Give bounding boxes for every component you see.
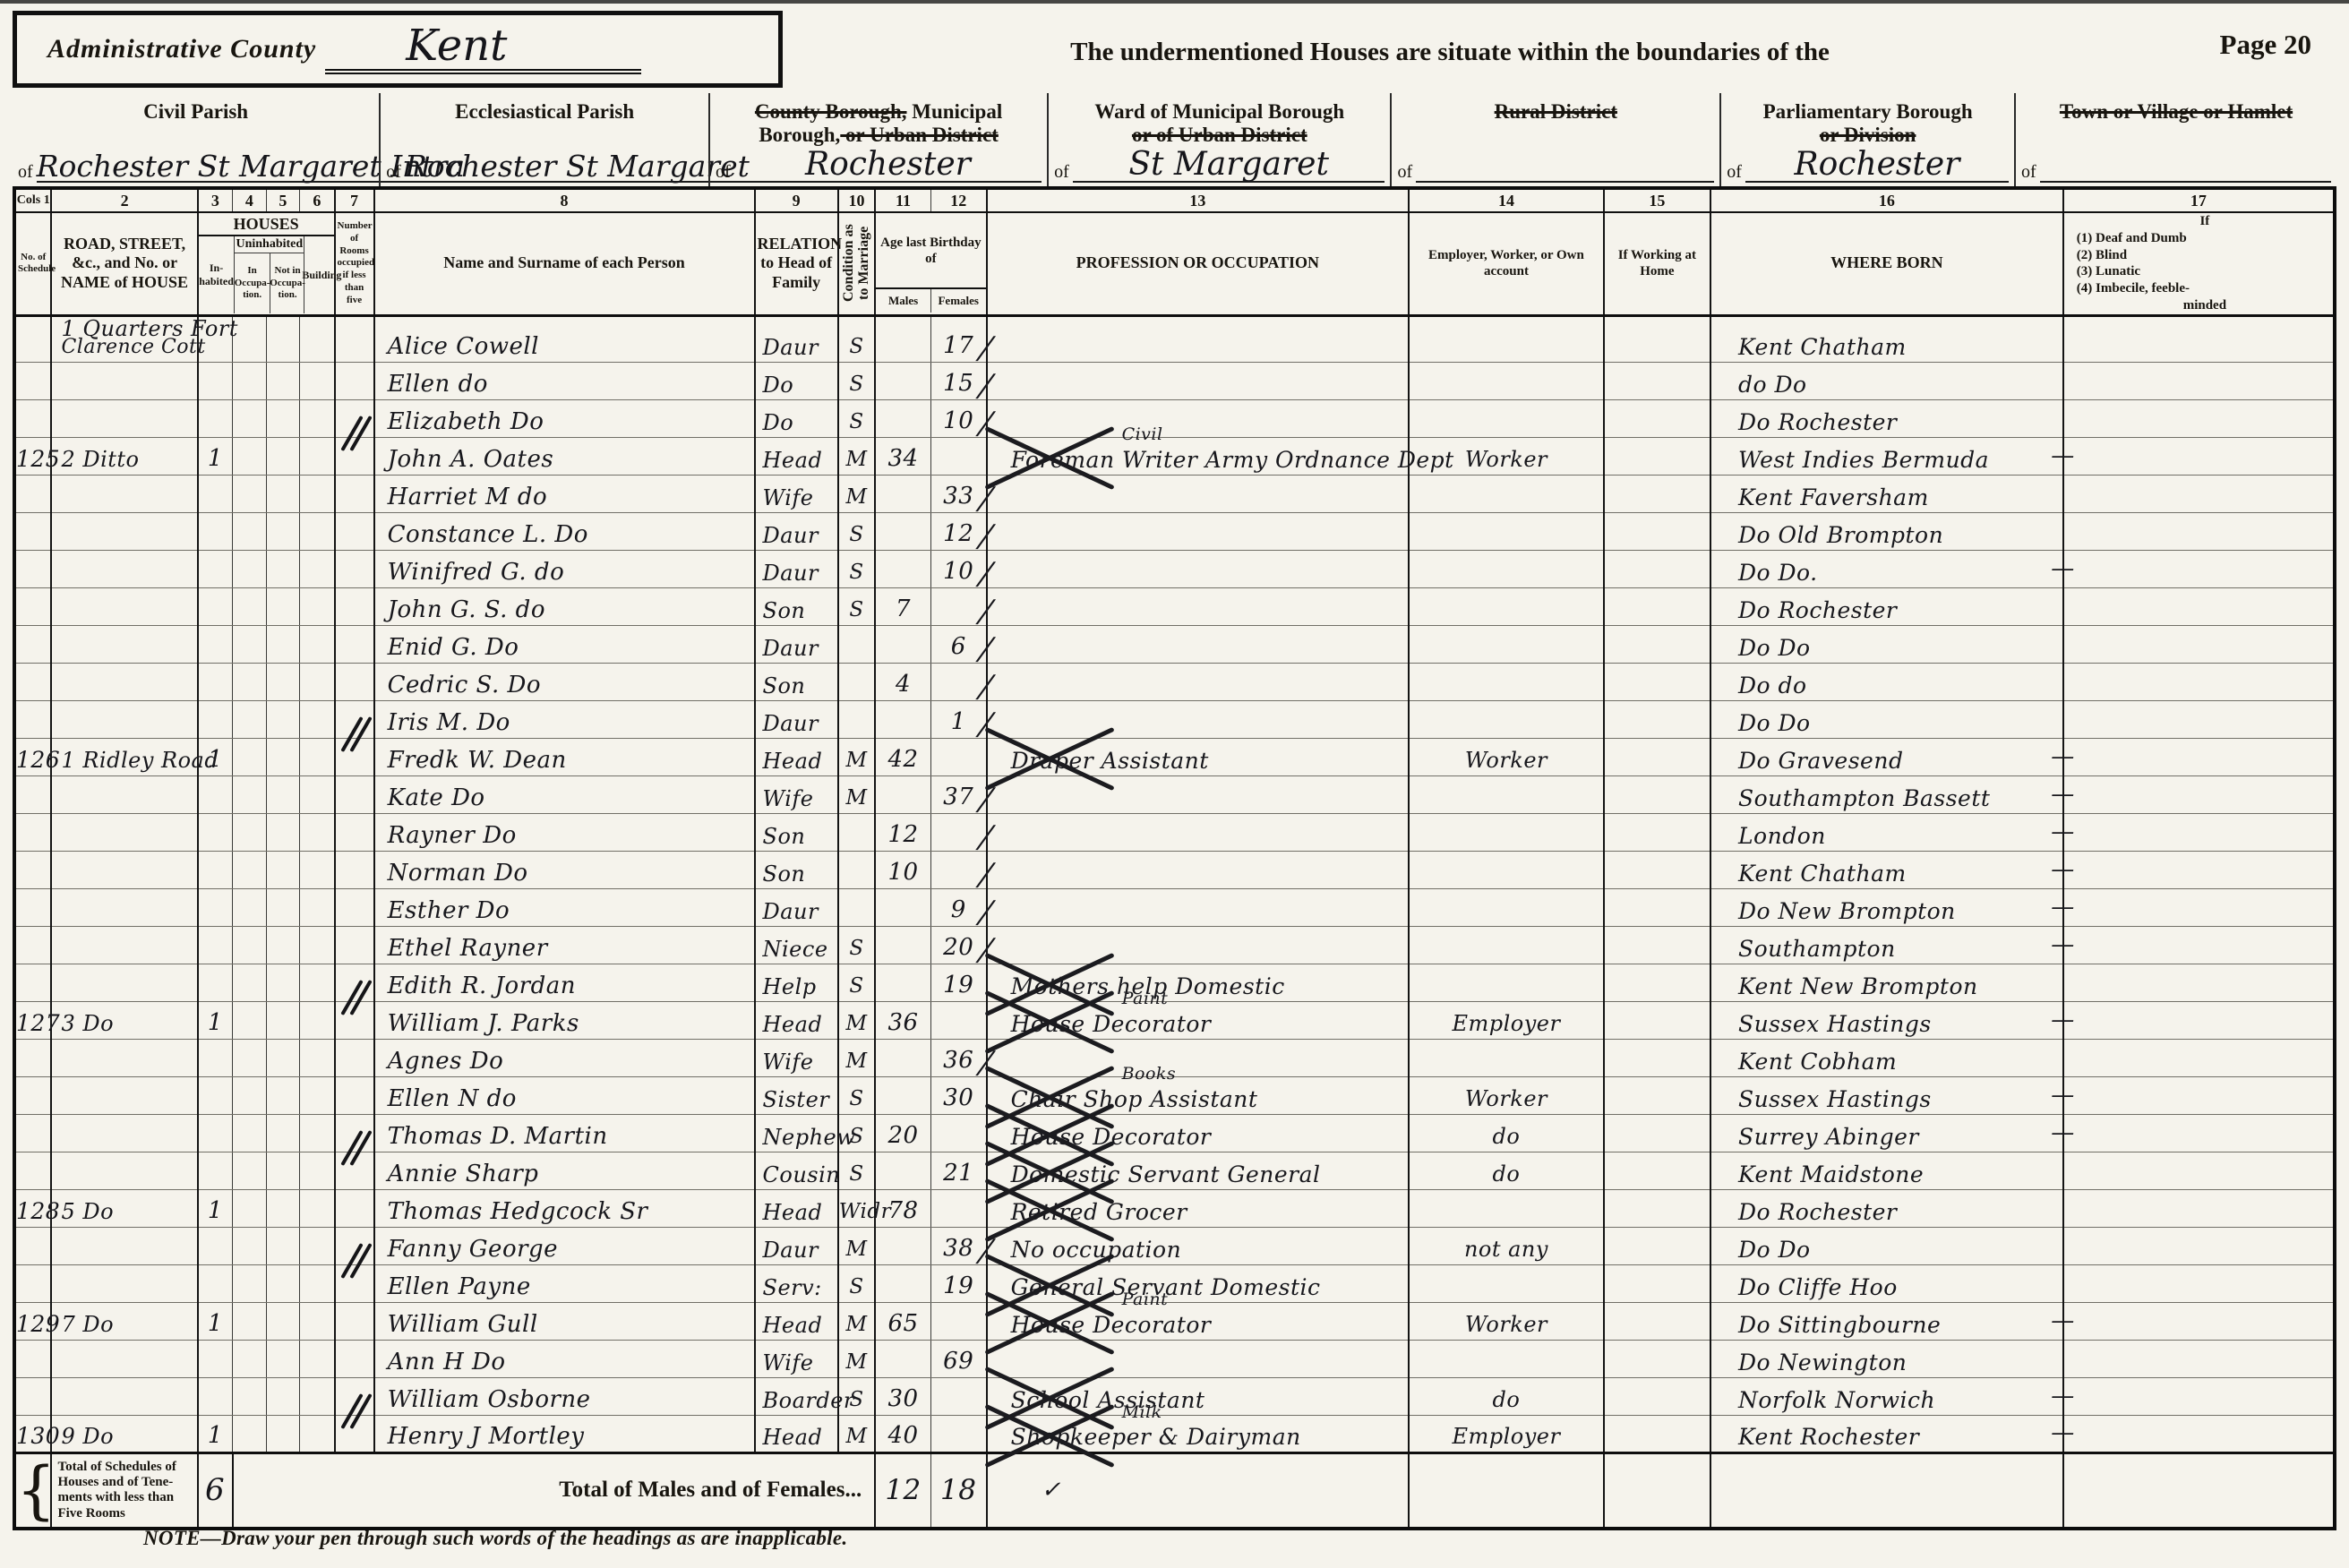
footnote: NOTE—Draw your pen through such words of… (143, 1527, 847, 1550)
where-born-cell: Do Do— (1710, 626, 2063, 664)
uninhabited-not-in-occupation-cell (266, 438, 300, 476)
working-at-home-cell (1604, 1040, 1710, 1077)
condition-cell: S (838, 1265, 875, 1303)
condition-cell (838, 664, 875, 701)
working-at-home-cell (1604, 1303, 1710, 1341)
census-record-row: 127 3 Do 1 William J. Parks Head M 36 /P… (14, 1002, 2335, 1040)
address-cell (51, 400, 197, 438)
census-record-row: Enid G. Do Daur 6 / Do Do— (14, 626, 2335, 664)
infirmity-cell (2063, 701, 2335, 739)
totals-schedules-value: 6 (198, 1453, 233, 1529)
building-cell (300, 1265, 335, 1303)
infirmity-cell (2063, 1416, 2335, 1453)
condition-cell: M (838, 1040, 875, 1077)
employer-cell (1409, 315, 1604, 363)
infirmity-cell (2063, 852, 2335, 889)
relation-cell: Niece (755, 927, 838, 964)
where-born-cell: London— (1710, 814, 2063, 852)
employer-cell (1409, 476, 1604, 513)
occupation-annotation: Civil (1122, 426, 1163, 443)
schedule-number: 125 (14, 438, 51, 476)
uninhabited-not-in-occupation-cell (266, 776, 300, 814)
relation-cell: Head (755, 438, 838, 476)
inhabited-cell (198, 701, 233, 739)
inhabited-cell: 1 (198, 1002, 233, 1040)
person-name-cell: Agnes Do (374, 1040, 755, 1077)
age-male-cell: 10 (875, 852, 930, 889)
building-cell (300, 701, 335, 739)
uninhabited-not-in-occupation-cell (266, 513, 300, 551)
occupation-cell: /CivilForeman Writer Army Ordnance Dept (987, 438, 1410, 476)
infirmity-cell (2063, 1002, 2335, 1040)
col-num-14: 14 (1409, 188, 1604, 212)
where-born-cell: Kent Faversham— (1710, 476, 2063, 513)
rooms-cell (335, 1303, 374, 1341)
person-name-cell: John A. Oates (374, 438, 755, 476)
infirmity-cell (2063, 1190, 2335, 1228)
uninhabited-not-in-occupation-cell (266, 551, 300, 588)
rooms-cell (335, 513, 374, 551)
building-cell (300, 1077, 335, 1115)
ecclesiastical-parish-section: Ecclesiastical Parish of Rochester St Ma… (379, 93, 708, 186)
rooms-cell (335, 1002, 374, 1040)
address-cell: 9 Do (51, 1416, 197, 1453)
employer-cell (1409, 1190, 1604, 1228)
uninhabited-in-occupation-cell (233, 626, 267, 664)
uninhabited-not-in-occupation-cell (266, 1265, 300, 1303)
age-male-cell: 65 (875, 1303, 930, 1341)
person-name-cell: Alice Cowell (374, 315, 755, 363)
uninhabited-in-occupation-cell (233, 776, 267, 814)
uninhabited-in-occupation-cell (233, 476, 267, 513)
col-header-schedule: No. of Schedule (14, 212, 51, 315)
occupation-cell: /PaintHouse Decorator (987, 1002, 1410, 1040)
address-cell (51, 814, 197, 852)
occupation-cell: / (987, 701, 1410, 739)
ward-section: Ward of Municipal Borough or of Urban Di… (1047, 93, 1390, 186)
rooms-cell (335, 927, 374, 964)
infirmity-cell (2063, 776, 2335, 814)
schedule-number (14, 400, 51, 438)
person-name-cell: Harriet M do (374, 476, 755, 513)
address-cell (51, 964, 197, 1002)
page-number: Page 20 (2220, 29, 2311, 61)
of-label: of (386, 162, 401, 183)
where-born-cell: Southampton— (1710, 927, 2063, 964)
working-at-home-cell (1604, 852, 1710, 889)
condition-cell (838, 701, 875, 739)
relation-cell: Son (755, 664, 838, 701)
uninhabited-in-occupation-cell (233, 588, 267, 626)
rooms-cell (335, 1190, 374, 1228)
occupation-cell: / (987, 1341, 1410, 1378)
working-at-home-cell (1604, 513, 1710, 551)
inhabited-cell (198, 814, 233, 852)
census-record-row: Norman Do Son 10 / Kent Chatham— (14, 852, 2335, 889)
working-at-home-cell (1604, 739, 1710, 776)
occupation-cell: /House Decorator (987, 1115, 1410, 1152)
infirmity-cell (2063, 1228, 2335, 1265)
working-at-home-cell (1604, 927, 1710, 964)
age-male-cell (875, 889, 930, 927)
ward-value: St Margaret (1073, 149, 1385, 183)
employer-cell (1409, 626, 1604, 664)
census-record-row: Fanny George Daur M 38 /No occupation no… (14, 1228, 2335, 1265)
age-female-cell: 30 (930, 1077, 986, 1115)
census-record-row: Ethel Rayner Niece S 20 / Southampton— (14, 927, 2335, 964)
occupation-cell: / (987, 363, 1410, 400)
rooms-cell (335, 476, 374, 513)
totals-empty-born (1710, 1453, 2063, 1529)
inhabited-cell (198, 400, 233, 438)
ecclesiastical-parish-value: Rochester St Margaret (405, 151, 750, 183)
schedule-number (14, 852, 51, 889)
where-born-cell: Kent Maidstone— (1710, 1152, 2063, 1190)
age-female-cell (930, 1378, 986, 1416)
uninhabited-in-occupation-cell (233, 1115, 267, 1152)
age-male-cell (875, 1341, 930, 1378)
building-cell (300, 889, 335, 927)
col-header-inhabited: In-habited (199, 236, 236, 313)
working-at-home-cell (1604, 814, 1710, 852)
where-born-cell: Do Do.— (1710, 551, 2063, 588)
totals-brace: { (14, 1453, 51, 1529)
age-male-cell (875, 315, 930, 363)
condition-cell: S (838, 964, 875, 1002)
building-cell (300, 476, 335, 513)
col-header-females: Females (931, 289, 986, 313)
uninhabited-in-occupation-cell (233, 1190, 267, 1228)
col-num-9: 9 (755, 188, 838, 212)
col-header-infirmity: If (1) Deaf and Dumb (2) Blind (3) Lunat… (2063, 212, 2335, 315)
where-born-cell: Do Cliffe Hoo— (1710, 1265, 2063, 1303)
census-record-row: Constance L. Do Daur S 12 / Do Old Bromp… (14, 513, 2335, 551)
occupation-cell: /No occupation (987, 1228, 1410, 1265)
occupation-cell: / (987, 927, 1410, 964)
uninhabited-in-occupation-cell (233, 664, 267, 701)
building-cell (300, 664, 335, 701)
uninhabited-not-in-occupation-cell (266, 1378, 300, 1416)
parliamentary-borough-section: Parliamentary Borough or Division of Roc… (1719, 93, 2014, 186)
uninhabited-in-occupation-cell (233, 814, 267, 852)
where-born-cell: do Do— (1710, 363, 2063, 400)
col-num-3: 3 (198, 188, 233, 212)
census-record-row: Harriet M do Wife M 33 / Kent Faversham— (14, 476, 2335, 513)
civil-parish-section: Civil Parish of Rochester St Margaret In… (13, 93, 379, 186)
age-male-cell (875, 927, 930, 964)
person-name-cell: Fanny George (374, 1228, 755, 1265)
uninhabited-not-in-occupation-cell (266, 626, 300, 664)
rooms-cell (335, 852, 374, 889)
working-at-home-cell (1604, 363, 1710, 400)
condition-cell: S (838, 315, 875, 363)
occupation-cell: /PaintHouse Decorator (987, 1303, 1410, 1341)
totals-schedules-label: Total of Schedules of Houses and of Tene… (51, 1453, 197, 1529)
col-header-occupation: PROFESSION OR OCCUPATION (987, 212, 1410, 315)
relation-cell: Head (755, 1416, 838, 1453)
employer-cell: do (1409, 1378, 1604, 1416)
schedule-number (14, 889, 51, 927)
infirmity-cell (2063, 1378, 2335, 1416)
census-record-row: 125 2 Ditto 1 John A. Oates Head M 34 /C… (14, 438, 2335, 476)
age-male-cell: 4 (875, 664, 930, 701)
uninhabited-not-in-occupation-cell (266, 476, 300, 513)
building-cell (300, 438, 335, 476)
rooms-cell (335, 1378, 374, 1416)
uninhabited-in-occupation-cell (233, 1378, 267, 1416)
uninhabited-in-occupation-cell (233, 1077, 267, 1115)
of-label: of (18, 162, 33, 183)
occupation-cell: /MilkShopkeeper & Dairyman (987, 1416, 1410, 1453)
person-name-cell: Edith R. Jordan (374, 964, 755, 1002)
working-at-home-cell (1604, 400, 1710, 438)
infirmity-cell (2063, 626, 2335, 664)
age-male-cell (875, 626, 930, 664)
uninhabited-not-in-occupation-cell (266, 1002, 300, 1040)
inhabited-cell (198, 1115, 233, 1152)
schedule-number (14, 626, 51, 664)
uninhabited-in-occupation-cell (233, 739, 267, 776)
occupation-cell: / (987, 315, 1410, 363)
col-header-not-in-occupation: Not in Occupa-tion. (270, 253, 304, 313)
address-cell (51, 1115, 197, 1152)
address-cell (51, 1152, 197, 1190)
uninhabited-not-in-occupation-cell (266, 852, 300, 889)
condition-cell (838, 814, 875, 852)
where-born-cell: Surrey Abinger— (1710, 1115, 2063, 1152)
building-cell (300, 1152, 335, 1190)
infirmity-cell (2063, 1040, 2335, 1077)
occupation-cell: / (987, 551, 1410, 588)
person-name-cell: Ellen N do (374, 1077, 755, 1115)
col-num-6: 6 (300, 188, 335, 212)
col-header-rooms: Number of Rooms occupied if less than fi… (335, 212, 374, 315)
condition-cell: S (838, 363, 875, 400)
relation-cell: Daur (755, 626, 838, 664)
building-cell (300, 1002, 335, 1040)
employer-cell (1409, 701, 1604, 739)
employer-cell (1409, 1265, 1604, 1303)
parliamentary-borough-value: Rochester (1745, 149, 2009, 183)
rooms-cell (335, 1341, 374, 1378)
condition-cell: M (838, 739, 875, 776)
inhabited-cell (198, 1378, 233, 1416)
person-name-cell: Annie Sharp (374, 1152, 755, 1190)
relation-cell: Help (755, 964, 838, 1002)
condition-cell (838, 852, 875, 889)
employer-cell (1409, 513, 1604, 551)
age-female-cell (930, 1416, 986, 1453)
building-cell (300, 739, 335, 776)
col-num-16: 16 (1710, 188, 2063, 212)
age-female-cell: 21 (930, 1152, 986, 1190)
occupation-cell: / (987, 889, 1410, 927)
census-record-row: Ellen N do Sister S 30 /BooksChair Shop … (14, 1077, 2335, 1115)
address-cell: 7 Do (51, 1303, 197, 1341)
col-header-building: Building (304, 236, 339, 313)
working-at-home-cell (1604, 664, 1710, 701)
where-born-cell: Kent Chatham— (1710, 852, 2063, 889)
inhabited-cell: 1 (198, 1303, 233, 1341)
schedule-number (14, 1152, 51, 1190)
occupation-cell: / (987, 852, 1410, 889)
inhabited-cell (198, 776, 233, 814)
employer-cell (1409, 927, 1604, 964)
census-record-row: Elizabeth Do Do S 10 / Do Rochester— (14, 400, 2335, 438)
age-female-cell: 69 (930, 1341, 986, 1378)
working-at-home-cell (1604, 1115, 1710, 1152)
age-male-cell: 34 (875, 438, 930, 476)
census-record-row: Thomas D. Martin Nephew S 20 /House Deco… (14, 1115, 2335, 1152)
employer-cell (1409, 588, 1604, 626)
uninhabited-not-in-occupation-cell (266, 1115, 300, 1152)
totals-males-value: 12 (875, 1453, 930, 1529)
working-at-home-cell (1604, 1416, 1710, 1453)
uninhabited-not-in-occupation-cell (266, 315, 300, 363)
relation-cell: Serv: (755, 1265, 838, 1303)
where-born-cell: Do Rochester— (1710, 1190, 2063, 1228)
inhabited-cell (198, 513, 233, 551)
uninhabited-in-occupation-cell (233, 1265, 267, 1303)
working-at-home-cell (1604, 588, 1710, 626)
rooms-cell (335, 1228, 374, 1265)
infirmity-cell (2063, 1115, 2335, 1152)
uninhabited-not-in-occupation-cell (266, 701, 300, 739)
census-record-row: Winifred G. do Daur S 10 / Do Do.— (14, 551, 2335, 588)
occupation-cell: / (987, 513, 1410, 551)
where-born-cell: Kent New Brompton— (1710, 964, 2063, 1002)
totals-row: { Total of Schedules of Houses and of Te… (14, 1453, 2335, 1529)
occupation-cell: /School Assistant (987, 1378, 1410, 1416)
infirmity-cell (2063, 1341, 2335, 1378)
building-cell (300, 964, 335, 1002)
person-name-cell: Kate Do (374, 776, 755, 814)
person-name-cell: Elizabeth Do (374, 400, 755, 438)
age-male-cell (875, 400, 930, 438)
inhabited-cell (198, 1265, 233, 1303)
uninhabited-not-in-occupation-cell (266, 400, 300, 438)
uninhabited-in-occupation-cell (233, 513, 267, 551)
address-cell: 1 Ridley Road (51, 739, 197, 776)
census-record-row: Esther Do Daur 9 / Do New Brompton— (14, 889, 2335, 927)
municipal-borough-title: County Borough, Municipal Borough, or Ur… (710, 100, 1047, 148)
building-cell (300, 1040, 335, 1077)
rooms-cell (335, 1265, 374, 1303)
building-cell (300, 588, 335, 626)
building-cell (300, 315, 335, 363)
working-at-home-cell (1604, 701, 1710, 739)
uninhabited-not-in-occupation-cell (266, 739, 300, 776)
uninhabited-not-in-occupation-cell (266, 1228, 300, 1265)
rooms-cell (335, 776, 374, 814)
address-cell (51, 1228, 197, 1265)
age-male-cell (875, 701, 930, 739)
col-header-road: ROAD, STREET, &c., and No. or NAME of HO… (51, 212, 197, 315)
col-header-employer: Employer, Worker, or Own account (1409, 212, 1604, 315)
where-born-cell: Sussex Hastings— (1710, 1002, 2063, 1040)
infirmity-cell (2063, 400, 2335, 438)
working-at-home-cell (1604, 438, 1710, 476)
employer-cell (1409, 551, 1604, 588)
occupation-cell: / (987, 476, 1410, 513)
address-cell (51, 776, 197, 814)
working-at-home-cell (1604, 776, 1710, 814)
census-record-row: Edith R. Jordan Help S 19 /Mothers help … (14, 964, 2335, 1002)
condition-cell: S (838, 1152, 875, 1190)
rooms-cell (335, 1077, 374, 1115)
occupation-cell: / (987, 664, 1410, 701)
uninhabited-not-in-occupation-cell (266, 1190, 300, 1228)
district-band: Civil Parish of Rochester St Margaret In… (13, 93, 2336, 186)
person-name-cell: Cedric S. Do (374, 664, 755, 701)
person-name-cell: Ellen do (374, 363, 755, 400)
uninhabited-in-occupation-cell (233, 1341, 267, 1378)
condition-cell: S (838, 927, 875, 964)
col-header-name: Name and Surname of each Person (374, 212, 755, 315)
totals-females-value: 18 (930, 1453, 986, 1529)
working-at-home-cell (1604, 1077, 1710, 1115)
employer-cell: do (1409, 1152, 1604, 1190)
inhabited-cell: 1 (198, 739, 233, 776)
occupation-cell: /Retired Grocer (987, 1190, 1410, 1228)
condition-cell: M (838, 1002, 875, 1040)
rooms-cell (335, 551, 374, 588)
col-num-2: 2 (51, 188, 197, 212)
rooms-cell (335, 889, 374, 927)
person-name-cell: John G. S. do (374, 588, 755, 626)
schedule-number: 128 (14, 1190, 51, 1228)
col-num-1: Cols 1 (14, 188, 51, 212)
inhabited-cell (198, 889, 233, 927)
condition-cell: M (838, 776, 875, 814)
employer-cell: Employer (1409, 1002, 1604, 1040)
employer-cell: not any (1409, 1228, 1604, 1265)
age-female-cell (930, 1002, 986, 1040)
address-cell (51, 927, 197, 964)
age-male-cell (875, 776, 930, 814)
inhabited-cell (198, 927, 233, 964)
condition-cell: S (838, 1115, 875, 1152)
uninhabited-not-in-occupation-cell (266, 964, 300, 1002)
employer-cell: Worker (1409, 739, 1604, 776)
infirmity-cell (2063, 664, 2335, 701)
col-num-11: 11 (875, 188, 930, 212)
rooms-cell (335, 626, 374, 664)
administrative-county-label: Administrative County (47, 34, 316, 64)
infirmity-cell (2063, 438, 2335, 476)
person-name-cell: Henry J Mortley (374, 1416, 755, 1453)
employer-cell (1409, 776, 1604, 814)
age-female-cell (930, 1115, 986, 1152)
infirmity-cell (2063, 964, 2335, 1002)
col-num-12: 12 (930, 188, 986, 212)
age-male-cell (875, 1040, 930, 1077)
administrative-county-value: Kent (325, 24, 641, 74)
of-label: of (2021, 162, 2036, 183)
occupation-cell: / (987, 588, 1410, 626)
of-label: of (716, 162, 731, 183)
building-cell (300, 1190, 335, 1228)
age-female-cell (930, 438, 986, 476)
uninhabited-not-in-occupation-cell (266, 664, 300, 701)
inhabited-cell (198, 363, 233, 400)
census-record-row: John G. S. do Son S 7 / Do Rochester— (14, 588, 2335, 626)
schedule-number (14, 513, 51, 551)
col-header-males: Males (876, 289, 931, 313)
where-born-cell: Kent Chatham— (1710, 315, 2063, 363)
person-name-cell: Ethel Rayner (374, 927, 755, 964)
uninhabited-not-in-occupation-cell (266, 1040, 300, 1077)
